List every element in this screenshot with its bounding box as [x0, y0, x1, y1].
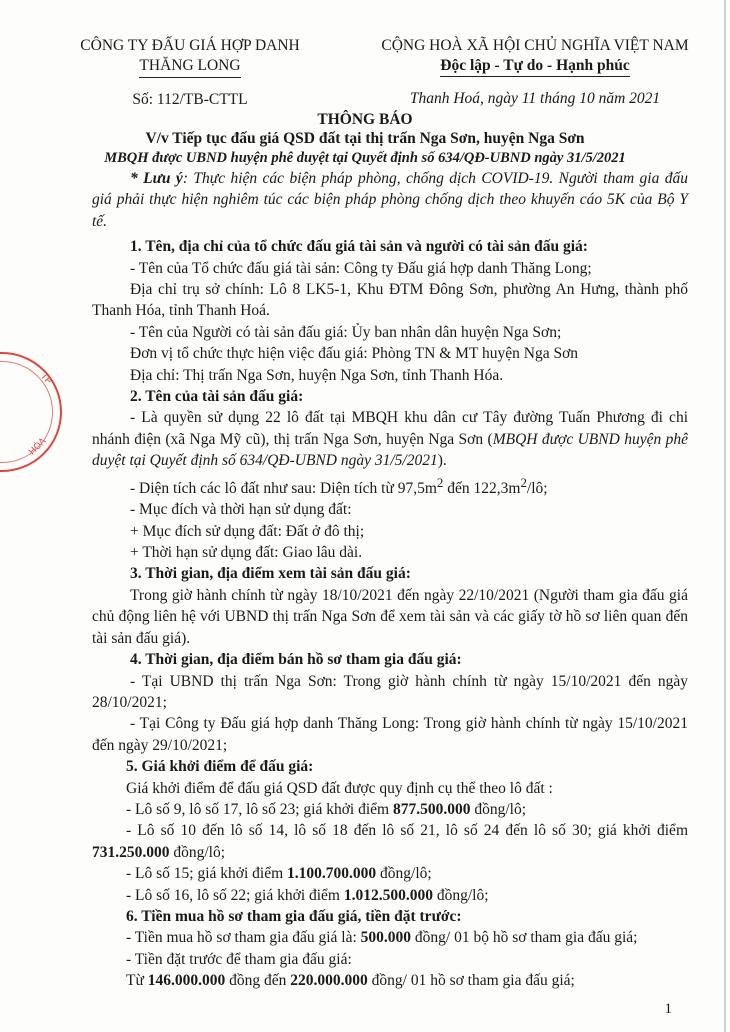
text: - Lô số 10 đến lô số 14, lô số 18 đến lô…: [126, 822, 688, 839]
price-item: - Lô số 15; giá khởi điểm 1.100.700.000 …: [92, 863, 688, 884]
text: - Diện tích các lô đất như sau: Diện tíc…: [130, 480, 437, 497]
section-1-line: Địa chỉ: Thị trấn Nga Sơn, huyện Nga Sơn…: [92, 365, 688, 386]
section-6-heading: 6. Tiền mua hồ sơ tham gia đấu giá, tiền…: [92, 906, 688, 927]
text: ).: [438, 452, 447, 469]
text: đồng/lô;: [170, 844, 226, 861]
text: đồng/lô;: [470, 801, 526, 818]
starting-price: 1.012.500.000: [344, 887, 433, 904]
text: Từ: [126, 972, 148, 989]
section-6-line: - Tiền đặt trước để tham gia đấu giá:: [92, 949, 688, 970]
text: đồng đến: [225, 972, 290, 989]
price-item: - Lô số 10 đến lô số 14, lô số 18 đến lô…: [92, 820, 688, 863]
price-item: - Lô số 9, lô số 17, lô số 23; giá khởi …: [92, 799, 688, 820]
section-2-line: + Thời hạn sử dụng đất: Giao lâu dài.: [92, 542, 688, 563]
note-label: * Lưu ý: [130, 170, 183, 187]
section-5-intro: Giá khởi điểm để đấu giá QSD đất được qu…: [92, 778, 688, 799]
section-4-heading: 4. Thời gian, địa điểm bán hồ sơ tham gi…: [92, 649, 688, 670]
national-header: CỘNG HOÀ XÃ HỘI CHỦ NGHĨA VIỆT NAM Độc l…: [365, 36, 705, 109]
text: đến 122,3m: [443, 480, 520, 497]
amount: 500.000: [361, 929, 411, 946]
document-page: TP HÓA CÔNG TY ĐẤU GIÁ HỢP DANH THĂNG LO…: [0, 0, 730, 1032]
section-5-heading: 5. Giá khởi điểm để đấu giá:: [92, 756, 688, 777]
section-6-line: - Tiền mua hồ sơ tham gia đấu giá là: 50…: [92, 927, 688, 948]
stamp-text: TP: [38, 372, 53, 387]
section-2-heading: 2. Tên của tài sản đấu giá:: [92, 386, 688, 407]
document-number: Số: 112/TB-CTTL: [80, 90, 300, 110]
section-3-heading: 3. Thời gian, địa điểm xem tài sản đấu g…: [92, 563, 688, 584]
starting-price: 731.250.000: [92, 844, 170, 861]
document-body: * Lưu ý: Thực hiện các biện pháp phòng, …: [92, 168, 688, 992]
section-4-line: - Tại Công ty Đấu giá hợp danh Thăng Lon…: [92, 713, 688, 756]
text: đồng/ 01 hồ sơ tham gia đấu giá;: [368, 972, 575, 989]
text: đồng/ 01 bộ hồ sơ tham gia đấu giá;: [411, 929, 637, 946]
issuer-header: CÔNG TY ĐẤU GIÁ HỢP DANH THĂNG LONG Số: …: [80, 36, 300, 110]
org-name: CÔNG TY ĐẤU GIÁ HỢP DANH: [80, 36, 300, 56]
document-subject-reference: MBQH được UBND huyện phê duyệt tại Quyết…: [0, 149, 730, 168]
section-2-line: + Mục đích sử dụng đất: Đất ở đô thị;: [92, 521, 688, 542]
section-2-line: - Mục đích và thời hạn sử dụng đất:: [92, 499, 688, 520]
text: /lô;: [527, 480, 548, 497]
text: đồng/lô;: [376, 865, 432, 882]
document-title: THÔNG BÁO: [0, 110, 730, 129]
starting-price: 877.500.000: [393, 801, 471, 818]
document-subject: V/v Tiếp tục đấu giá QSD đất tại thị trấ…: [0, 129, 730, 148]
country-name: CỘNG HOÀ XÃ HỘI CHỦ NGHĨA VIỆT NAM: [365, 36, 705, 56]
text: - Lô số 16, lô số 22; giá khởi điểm: [126, 887, 344, 904]
national-motto: Độc lập - Tự do - Hạnh phúc: [440, 56, 629, 77]
section-6-line: Từ 146.000.000 đồng đến 220.000.000 đồng…: [92, 970, 688, 991]
section-1-line: - Tên của Tổ chức đấu giá tài sản: Công …: [92, 258, 688, 279]
text: - Lô số 9, lô số 17, lô số 23; giá khởi …: [126, 801, 393, 818]
amount: 220.000.000: [290, 972, 368, 989]
org-name-line2: THĂNG LONG: [139, 56, 240, 78]
section-1-line: Địa chỉ trụ sở chính: Lô 8 LK5-1, Khu ĐT…: [92, 279, 688, 322]
text: đồng/lô;: [433, 887, 489, 904]
red-seal-stamp: TP HÓA: [0, 352, 62, 472]
text: - Tiền mua hồ sơ tham gia đấu giá là:: [126, 929, 361, 946]
section-1-heading: 1. Tên, địa chỉ của tổ chức đấu giá tài …: [92, 236, 688, 257]
starting-price: 1.100.700.000: [287, 865, 376, 882]
price-list: - Lô số 9, lô số 17, lô số 23; giá khởi …: [92, 799, 688, 906]
section-2-area: - Diện tích các lô đất như sau: Diện tíc…: [92, 472, 688, 500]
amount: 146.000.000: [148, 972, 226, 989]
stamp-text: HÓA: [27, 436, 48, 457]
place-date: Thanh Hoá, ngày 11 tháng 10 năm 2021: [365, 89, 705, 109]
section-3-line: Trong giờ hành chính từ ngày 18/10/2021 …: [92, 585, 688, 649]
covid-note: * Lưu ý: Thực hiện các biện pháp phòng, …: [92, 168, 688, 232]
section-1-line: - Tên của Người có tài sản đấu giá: Ủy b…: [92, 322, 688, 343]
section-1-line: Đơn vị tổ chức thực hiện việc đấu giá: P…: [92, 343, 688, 364]
page-number: 1: [665, 1001, 673, 1018]
section-2-line: - Là quyền sử dụng 22 lô đất tại MBQH kh…: [92, 407, 688, 471]
price-item: - Lô số 16, lô số 22; giá khởi điểm 1.01…: [92, 885, 688, 906]
section-4-line: - Tại UBND thị trấn Nga Sơn: Trong giờ h…: [92, 671, 688, 714]
text: - Lô số 15; giá khởi điểm: [126, 865, 287, 882]
